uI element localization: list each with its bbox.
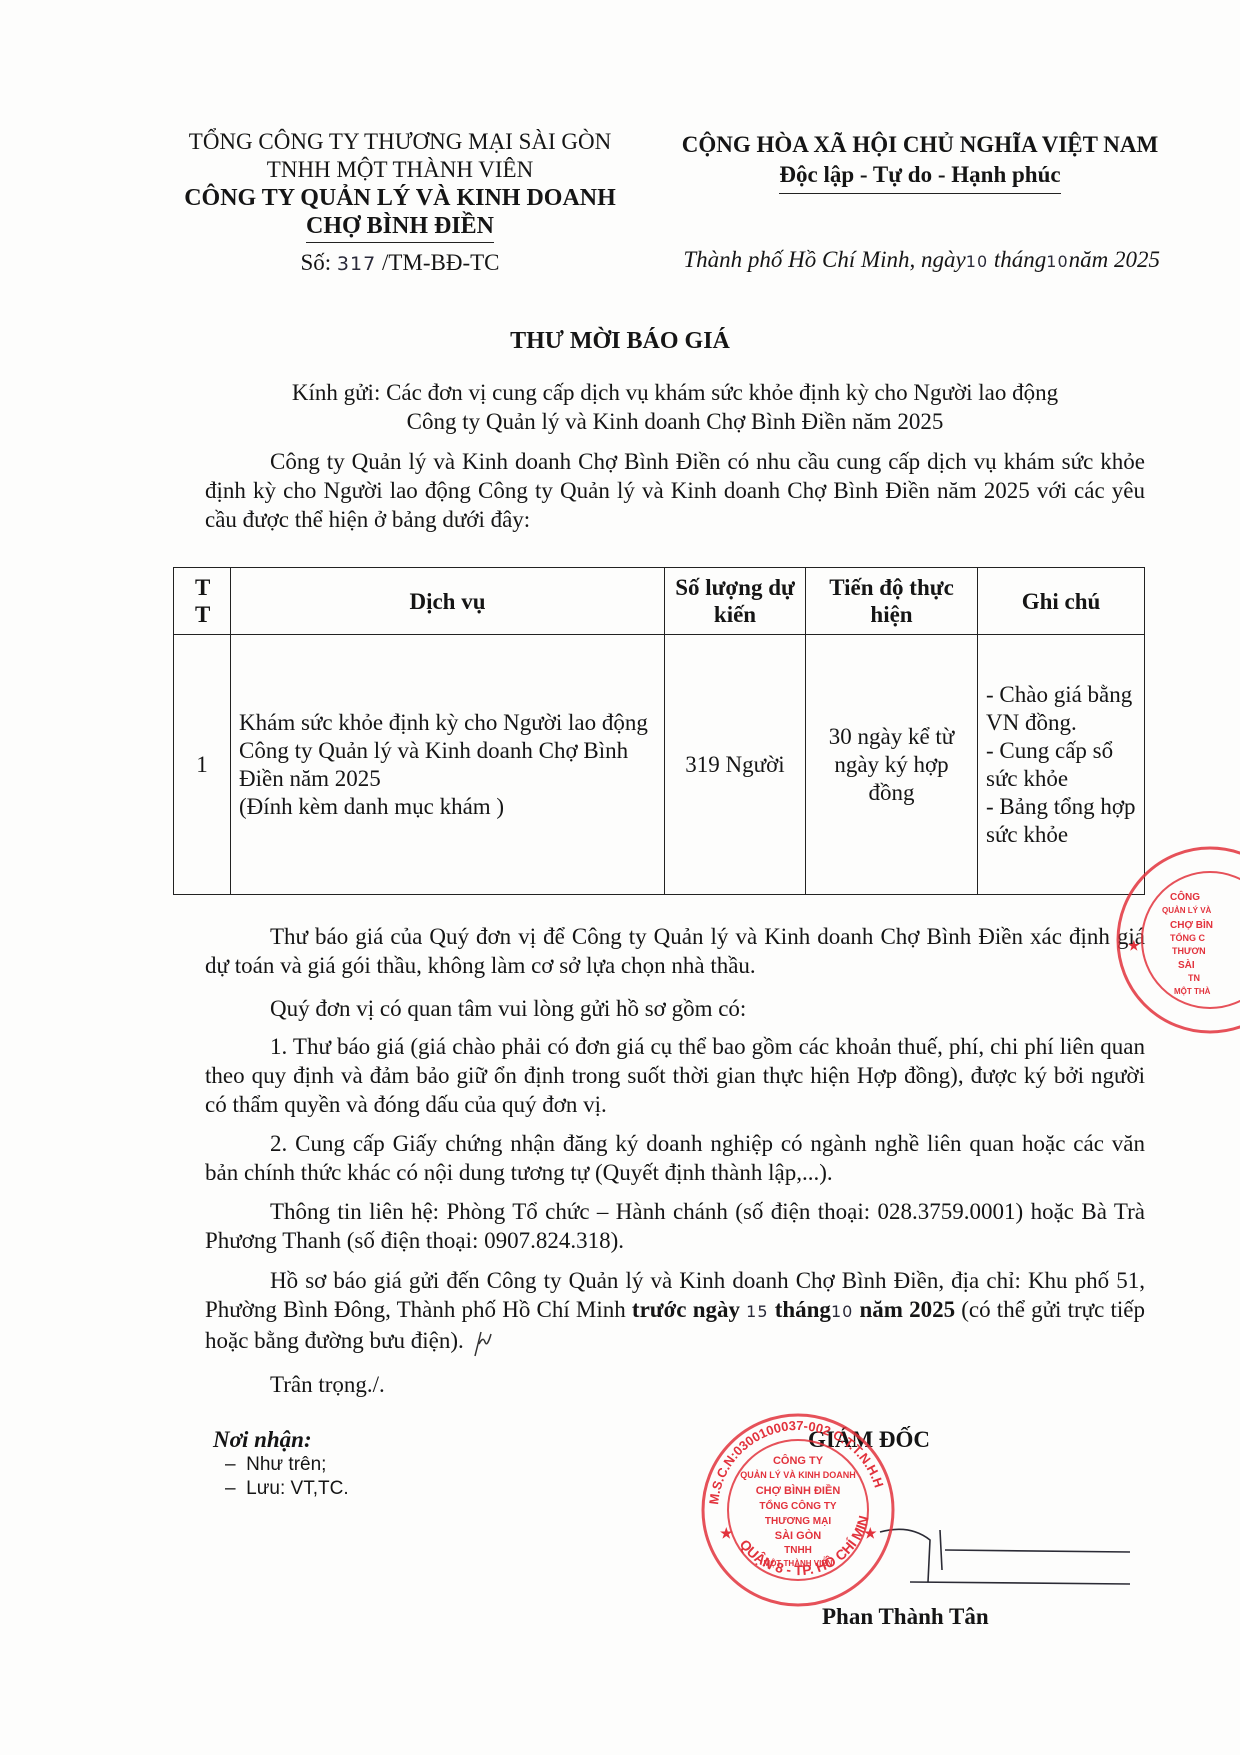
- dateline: Thành phố Hồ Chí Minh, ngày10 tháng10năm…: [615, 247, 1160, 273]
- paragraph-submission: Hồ sơ báo giá gửi đến Công ty Quản lý và…: [205, 1266, 1145, 1358]
- parent-company-line2: TNHH MỘT THÀNH VIÊN: [150, 156, 650, 184]
- svg-text:★: ★: [720, 1525, 733, 1541]
- note-item: - Cung cấp sổ sức khỏe: [986, 737, 1136, 793]
- service-description: Khám sức khỏe định kỳ cho Người lao động…: [239, 709, 656, 793]
- national-motto: Độc lập - Tự do - Hạnh phúc: [779, 160, 1060, 194]
- recipient-item: – Lưu: VT,TC.: [213, 1477, 349, 1501]
- svg-text:TNHH: TNHH: [784, 1545, 812, 1556]
- col-header-quantity: Số lượng dự kiến: [665, 568, 806, 635]
- deadline-day-handwritten: 15: [746, 1302, 768, 1321]
- document-number-handwritten: 317: [337, 253, 376, 275]
- svg-text:CÔNG TY: CÔNG TY: [773, 1454, 824, 1467]
- date-day-handwritten: 10: [966, 252, 988, 271]
- document-number-label: Số:: [300, 250, 331, 275]
- closing: Trân trọng./.: [205, 1370, 1145, 1399]
- services-table: T T Dịch vụ Số lượng dự kiến Tiến độ thự…: [173, 567, 1145, 895]
- recipients: Nơi nhận: – Như trên; – Lưu: VT,TC.: [213, 1427, 349, 1501]
- signer-name: Phan Thành Tân: [822, 1604, 989, 1630]
- dateline-year: năm 2025: [1069, 247, 1160, 272]
- parent-company-line1: TỔNG CÔNG TY THƯƠNG MẠI SÀI GÒN: [150, 128, 650, 156]
- note-item: - Chào giá bằng VN đồng.: [986, 681, 1136, 737]
- svg-text:TỔNG CÔNG TY: TỔNG CÔNG TY: [759, 1499, 837, 1512]
- svg-text:TN: TN: [1188, 973, 1200, 983]
- addressee: Kính gửi: Các đơn vị cung cấp dịch vụ kh…: [205, 378, 1145, 436]
- svg-text:QUẢN LÝ VÀ KINH DOANH: QUẢN LÝ VÀ KINH DOANH: [740, 1469, 856, 1480]
- document-number: Số: 317 /TM-BĐ-TC: [150, 249, 650, 278]
- col-header-tt: T T: [174, 568, 231, 635]
- svg-text:TỔNG C: TỔNG C: [1170, 932, 1205, 943]
- recipients-label: Nơi nhận:: [213, 1427, 349, 1453]
- table-header-row: T T Dịch vụ Số lượng dự kiến Tiến độ thự…: [174, 568, 1145, 635]
- document-title: THƯ MỜI BÁO GIÁ: [0, 328, 1240, 355]
- svg-text:THƯƠNG MẠI: THƯƠNG MẠI: [765, 1516, 831, 1527]
- addressee-line2: Công ty Quản lý và Kinh doanh Chợ Bình Đ…: [205, 407, 1145, 436]
- intro-paragraph: Công ty Quản lý và Kinh doanh Chợ Bình Đ…: [205, 447, 1145, 534]
- paragraph-item-1: 1. Thư báo giá (giá chào phải có đơn giá…: [205, 1032, 1145, 1119]
- company-seal-icon: M.S.C.N:0300100037-002 C.T.T.N.H.H QUẬN …: [698, 1410, 898, 1610]
- svg-text:CHỢ BÌN: CHỢ BÌN: [1170, 918, 1213, 931]
- svg-text:SÀI: SÀI: [1178, 958, 1195, 971]
- edge-seal-icon: CÔNG QUẢN LÝ VÀ CHỢ BÌN TỔNG C THƯƠN SÀI…: [1110, 840, 1240, 1040]
- svg-text:THƯƠN: THƯƠN: [1172, 946, 1206, 956]
- addressee-line1: Kính gửi: Các đơn vị cung cấp dịch vụ kh…: [205, 378, 1145, 407]
- paragraph-item-2: 2. Cung cấp Giấy chứng nhận đăng ký doan…: [205, 1129, 1145, 1187]
- dateline-prefix: Thành phố Hồ Chí Minh, ngày: [683, 247, 965, 272]
- svg-text:★: ★: [864, 1525, 877, 1541]
- col-header-schedule: Tiến độ thực hiện: [806, 568, 978, 635]
- paragraph-request: Quý đơn vị có quan tâm vui lòng gửi hồ s…: [205, 994, 1145, 1023]
- table-row: 1 Khám sức khỏe định kỳ cho Người lao độ…: [174, 635, 1145, 895]
- company-name-line1: CÔNG TY QUẢN LÝ VÀ KINH DOANH: [150, 184, 650, 212]
- svg-text:MỘT THÀ: MỘT THÀ: [1174, 987, 1211, 996]
- national-title: CỘNG HÒA XÃ HỘI CHỦ NGHĨA VIỆT NAM: [640, 130, 1200, 160]
- service-attachment-note: (Đính kèm danh mục khám ): [239, 793, 656, 821]
- svg-text:MỘT THÀNH VIÊN: MỘT THÀNH VIÊN: [764, 1559, 833, 1568]
- initials-signature-icon: [469, 1328, 495, 1358]
- cell-tt: 1: [174, 635, 231, 895]
- issuing-organization: TỔNG CÔNG TY THƯƠNG MẠI SÀI GÒN TNHH MỘT…: [150, 128, 650, 278]
- recipient-item: – Như trên;: [213, 1453, 349, 1477]
- svg-text:SÀI GÒN: SÀI GÒN: [775, 1529, 822, 1542]
- svg-text:CHỢ BÌNH ĐIỀN: CHỢ BÌNH ĐIỀN: [756, 1484, 841, 1497]
- cell-schedule: 30 ngày kể từ ngày ký hợp đồng: [806, 635, 978, 895]
- col-header-service: Dịch vụ: [231, 568, 665, 635]
- deadline-month-handwritten: 10: [831, 1302, 853, 1321]
- document-number-suffix: /TM-BĐ-TC: [382, 250, 500, 275]
- svg-text:★: ★: [1128, 938, 1140, 953]
- cell-service: Khám sức khỏe định kỳ cho Người lao động…: [231, 635, 665, 895]
- col-header-notes: Ghi chú: [978, 568, 1145, 635]
- national-header: CỘNG HÒA XÃ HỘI CHỦ NGHĨA VIỆT NAM Độc l…: [640, 130, 1200, 194]
- svg-text:CÔNG: CÔNG: [1170, 890, 1200, 903]
- dateline-month-label: tháng: [994, 247, 1046, 272]
- signature-icon: [870, 1520, 1140, 1590]
- cell-quantity: 319 Người: [665, 635, 806, 895]
- date-month-handwritten: 10: [1046, 252, 1068, 271]
- paragraph-purpose: Thư báo giá của Quý đơn vị để Công ty Qu…: [205, 922, 1145, 980]
- svg-text:QUẢN LÝ VÀ: QUẢN LÝ VÀ: [1162, 906, 1212, 915]
- company-name-line2: CHỢ BÌNH ĐIỀN: [306, 212, 494, 243]
- paragraph-contact: Thông tin liên hệ: Phòng Tổ chức – Hành …: [205, 1197, 1145, 1255]
